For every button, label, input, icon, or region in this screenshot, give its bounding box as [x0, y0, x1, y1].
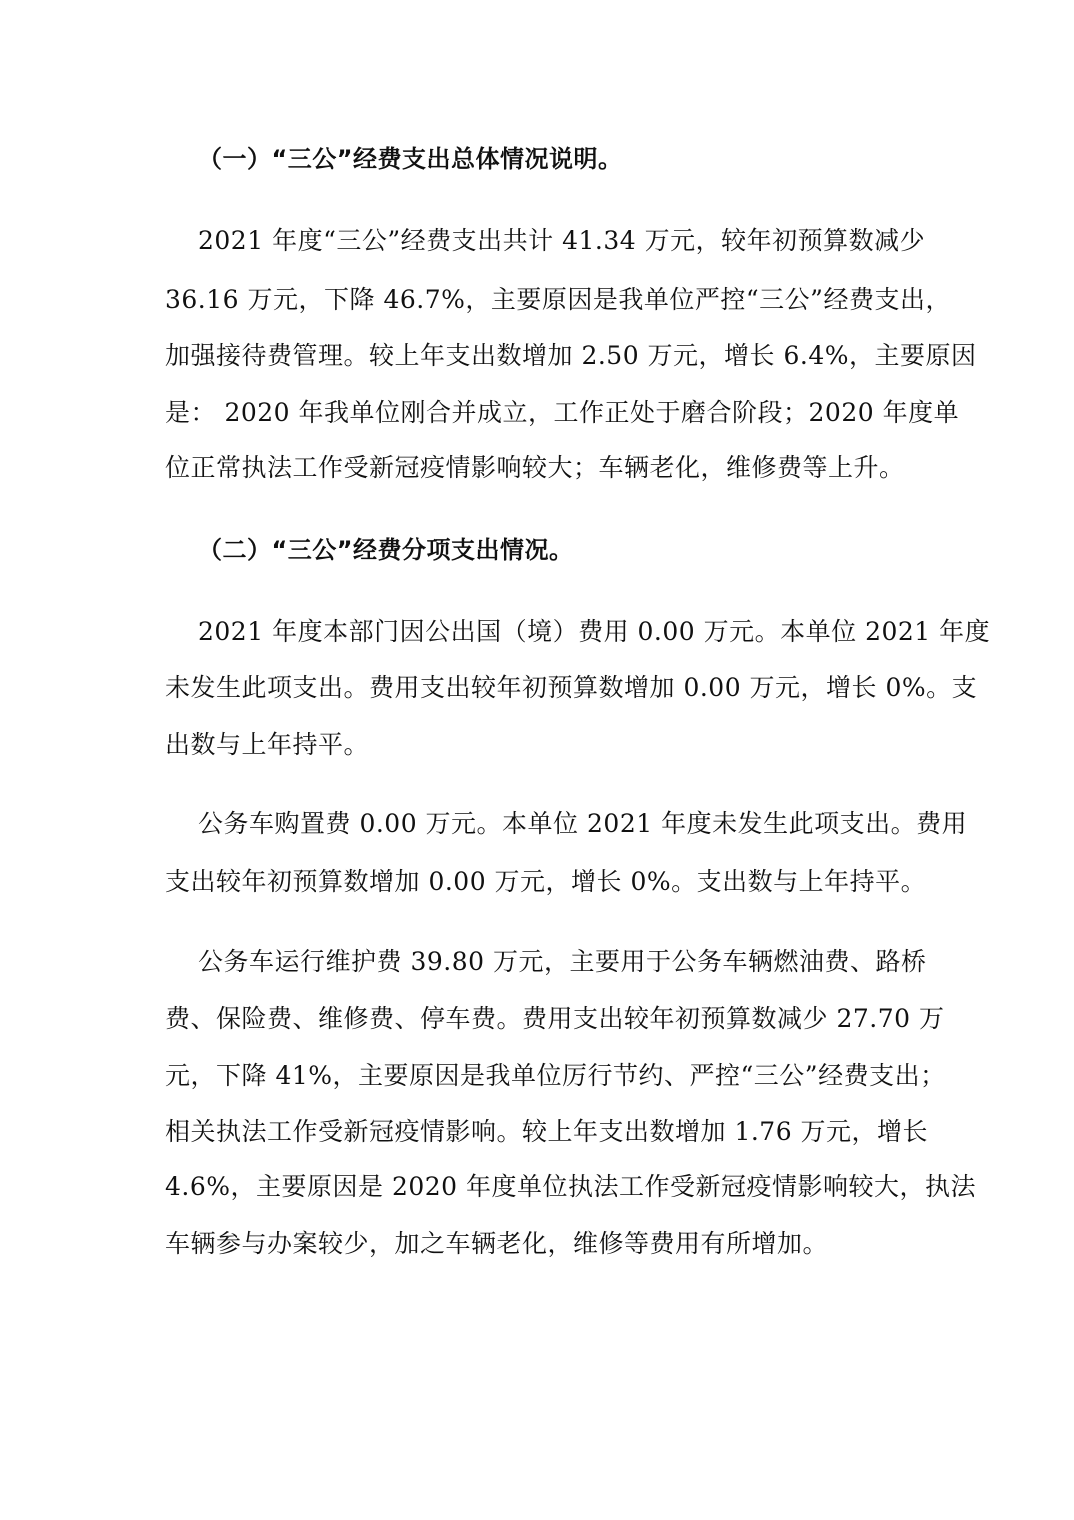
paragraph-line: 相关执法工作受新冠疫情影响。较上年支出数增加 1.76 万元，增长	[165, 1116, 928, 1148]
paragraph-line: 2021 年度“三公”经费支出共计 41.34 万元，较年初预算数减少	[198, 225, 925, 257]
paragraph-line: 未发生此项支出。费用支出较年初预算数增加 0.00 万元，增长 0%。支	[165, 672, 977, 704]
paragraph-line: 2021 年度本部门因公出国（境）费用 0.00 万元。本单位 2021 年度	[198, 616, 990, 648]
document-page: （一）“三公”经费支出总体情况说明。 2021 年度“三公”经费支出共计 41.…	[0, 0, 1074, 1520]
paragraph-line: 加强接待费管理。较上年支出数增加 2.50 万元，增长 6.4%，主要原因	[165, 340, 977, 372]
paragraph-line: 位正常执法工作受新冠疫情影响较大；车辆老化，维修费等上升。	[165, 452, 905, 484]
paragraph-line: 车辆参与办案较少，加之车辆老化，维修等费用有所增加。	[165, 1228, 828, 1260]
paragraph-line: 公务车购置费 0.00 万元。本单位 2021 年度未发生此项支出。费用	[198, 808, 967, 840]
paragraph-line: 是： 2020 年我单位刚合并成立，工作正处于磨合阶段；2020 年度单	[165, 397, 959, 429]
paragraph-line: 费、保险费、维修费、停车费。费用支出较年初预算数减少 27.70 万	[165, 1003, 944, 1035]
paragraph-line: 元，下降 41%，主要原因是我单位厉行节约、严控“三公”经费支出；	[165, 1060, 946, 1092]
section-heading-itemized: （二）“三公”经费分项支出情况。	[198, 534, 574, 566]
paragraph-line: 支出较年初预算数增加 0.00 万元，增长 0%。支出数与上年持平。	[165, 866, 926, 898]
paragraph-line: 公务车运行维护费 39.80 万元，主要用于公务车辆燃油费、路桥	[198, 946, 926, 978]
paragraph-line: 出数与上年持平。	[165, 729, 369, 761]
paragraph-line: 36.16 万元，下降 46.7%，主要原因是我单位严控“三公”经费支出，	[165, 284, 951, 316]
section-heading-overall: （一）“三公”经费支出总体情况说明。	[198, 143, 623, 175]
paragraph-line: 4.6%，主要原因是 2020 年度单位执法工作受新冠疫情影响较大，执法	[165, 1171, 976, 1203]
